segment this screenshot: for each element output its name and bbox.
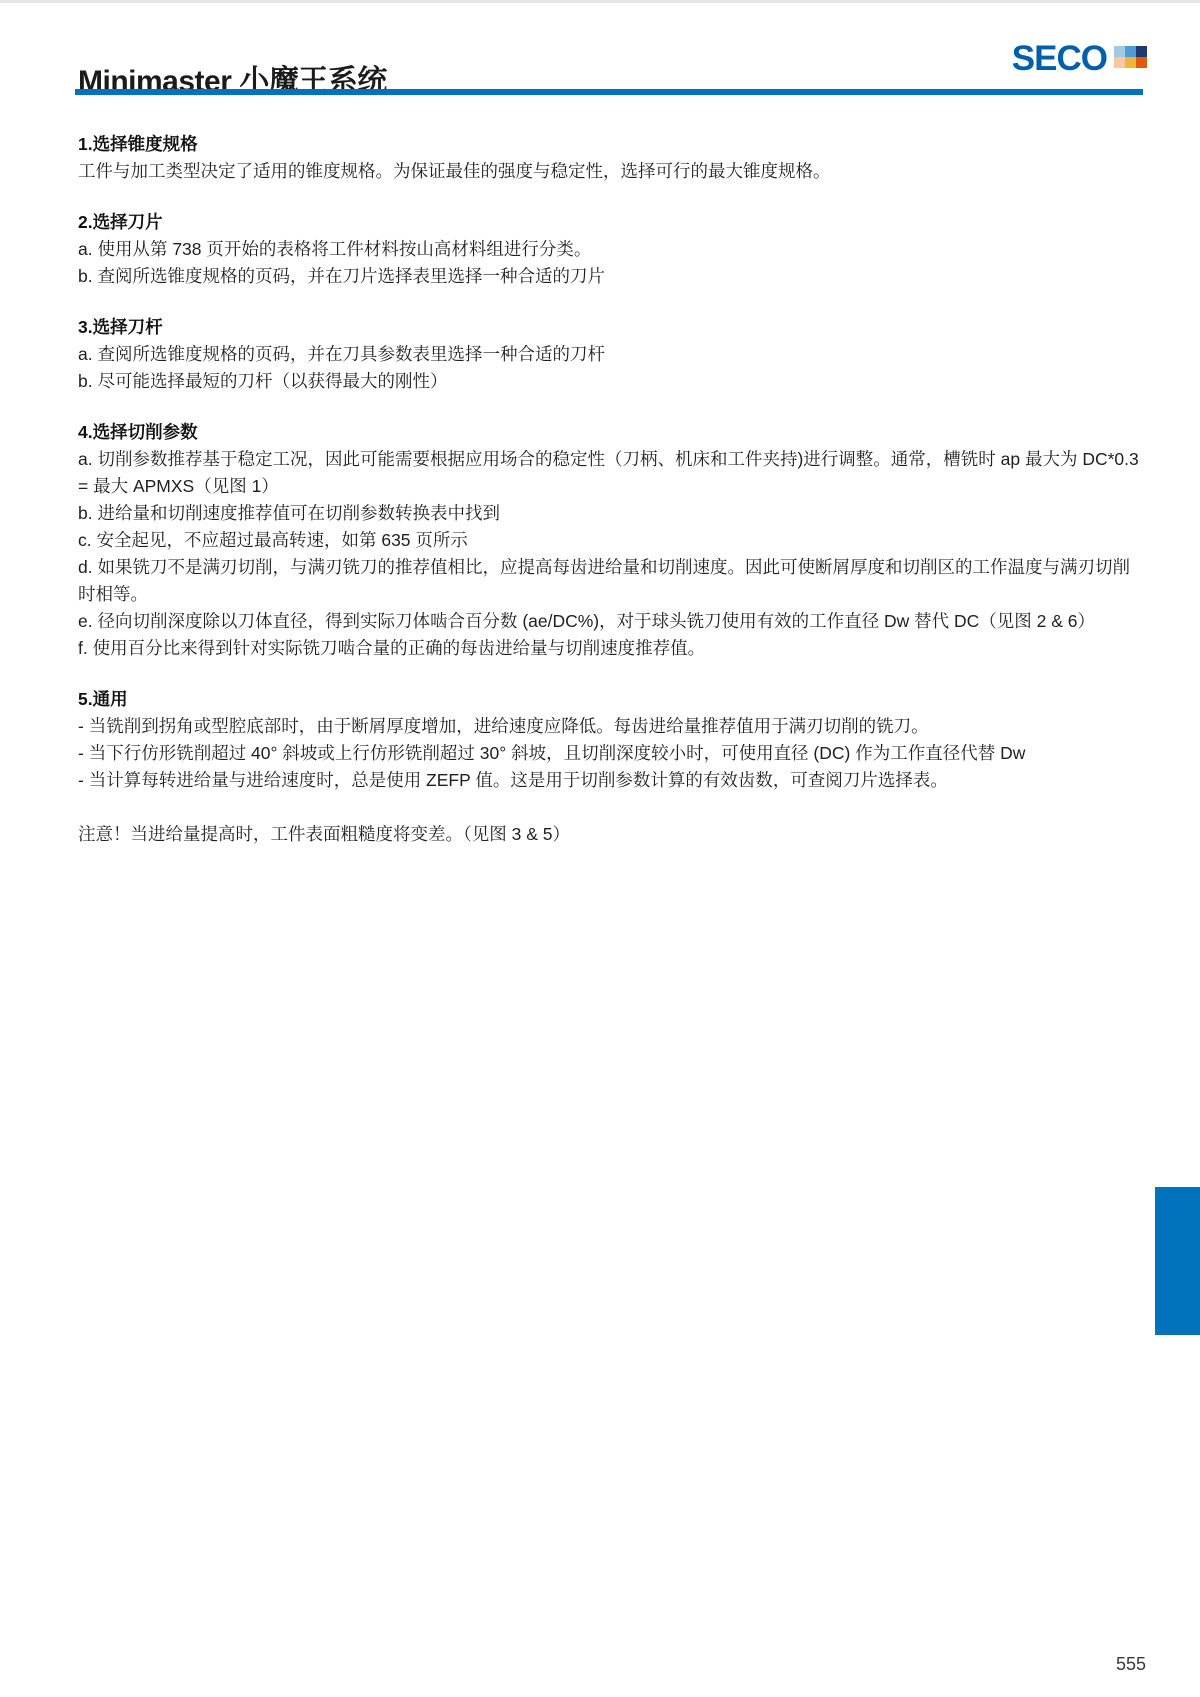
section-line: e. 径向切削深度除以刀体直径，得到实际刀体啮合百分数 (ae/DC%)，对于球… (78, 608, 1146, 635)
page-top-edge (0, 0, 1200, 3)
section-line: - 当铣削到拐角或型腔底部时，由于断屑厚度增加，进给速度应降低。每齿进给量推荐值… (78, 713, 1146, 740)
section-heading: 5.通用 (78, 686, 1146, 713)
section-taper-selection: 1.选择锥度规格 工件与加工类型决定了适用的锥度规格。为保证最佳的强度与稳定性，… (78, 131, 1146, 185)
section-heading: 4.选择切削参数 (78, 419, 1146, 446)
section-line: 工件与加工类型决定了适用的锥度规格。为保证最佳的强度与稳定性，选择可行的最大锥度… (78, 158, 1146, 185)
section-heading: 3.选择刀杆 (78, 314, 1146, 341)
section-index-tab (1155, 1187, 1200, 1335)
seco-logo-text: SECO (1012, 44, 1107, 75)
logo-square-light-blue (1114, 46, 1125, 57)
logo-square-peach (1114, 57, 1125, 68)
logo-square-amber (1125, 57, 1136, 68)
logo-square-orange (1136, 57, 1147, 68)
note-text: 注意！当进给量提高时，工件表面粗糙度将变差。（见图 3 & 5） (78, 821, 1146, 848)
section-line: - 当下行仿形铣削超过 40° 斜坡或上行仿形铣削超过 30° 斜坡，且切削深度… (78, 740, 1146, 767)
section-line: b. 尽可能选择最短的刀杆（以获得最大的刚性） (78, 368, 1146, 395)
seco-logo: SECO (1012, 44, 1147, 75)
page-number: 555 (1116, 1654, 1146, 1675)
section-line: a. 使用从第 738 页开始的表格将工件材料按山高材料组进行分类。 (78, 236, 1146, 263)
section-heading: 1.选择锥度规格 (78, 131, 1146, 158)
section-line: a. 切削参数推荐基于稳定工况，因此可能需要根据应用场合的稳定性（刀柄、机床和工… (78, 446, 1146, 500)
section-cutting-parameters: 4.选择切削参数 a. 切削参数推荐基于稳定工况，因此可能需要根据应用场合的稳定… (78, 419, 1146, 662)
logo-square-dark-blue (1136, 46, 1147, 57)
section-line: b. 查阅所选锥度规格的页码，并在刀片选择表里选择一种合适的刀片 (78, 263, 1146, 290)
header-rule (75, 89, 1143, 95)
section-shank-selection: 3.选择刀杆 a. 查阅所选锥度规格的页码，并在刀具参数表里选择一种合适的刀杆 … (78, 314, 1146, 395)
section-general: 5.通用 - 当铣削到拐角或型腔底部时，由于断屑厚度增加，进给速度应降低。每齿进… (78, 686, 1146, 794)
logo-square-medium-blue (1125, 46, 1136, 57)
section-line: f. 使用百分比来得到针对实际铣刀啮合量的正确的每齿进给量与切削速度推荐值。 (78, 635, 1146, 662)
section-line: - 当计算每转进给量与进给速度时，总是使用 ZEFP 值。这是用于切削参数计算的… (78, 767, 1146, 794)
section-line: d. 如果铣刀不是满刃切削，与满刃铣刀的推荐值相比，应提高每齿进给量和切削速度。… (78, 554, 1146, 608)
catalog-page: Minimaster小魔王系统 SECO 1.选择锥度规格 工件与加工类型决定了… (0, 0, 1200, 1697)
section-insert-selection: 2.选择刀片 a. 使用从第 738 页开始的表格将工件材料按山高材料组进行分类… (78, 209, 1146, 290)
section-line: b. 进给量和切削速度推荐值可在切削参数转换表中找到 (78, 500, 1146, 527)
section-line: a. 查阅所选锥度规格的页码，并在刀具参数表里选择一种合适的刀杆 (78, 341, 1146, 368)
seco-logo-mark-icon (1114, 46, 1147, 68)
page-content: 1.选择锥度规格 工件与加工类型决定了适用的锥度规格。为保证最佳的强度与稳定性，… (78, 131, 1146, 866)
section-heading: 2.选择刀片 (78, 209, 1146, 236)
section-line: c. 安全起见，不应超过最高转速，如第 635 页所示 (78, 527, 1146, 554)
